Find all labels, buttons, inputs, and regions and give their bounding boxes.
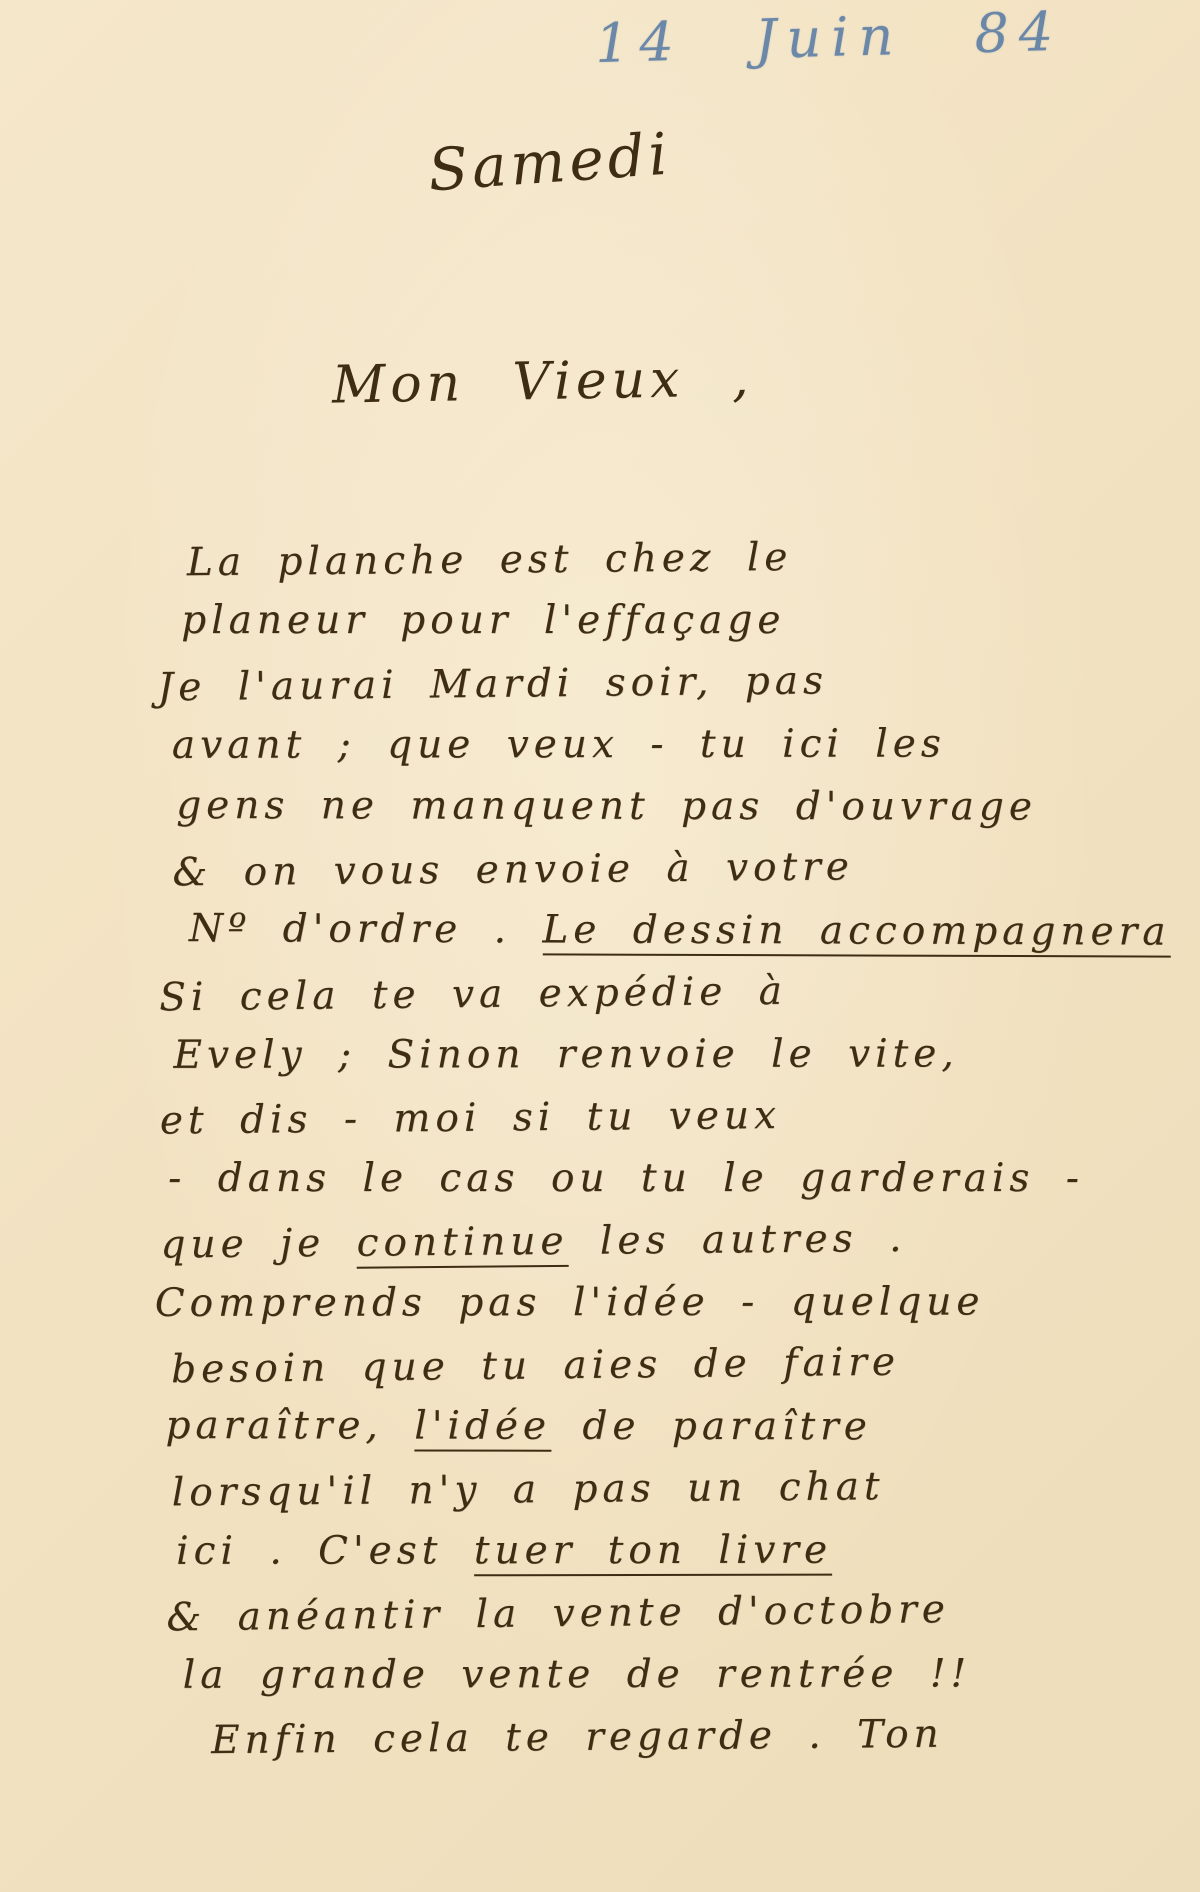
letter-text: & on vous envoie à votre <box>172 844 854 895</box>
letter-line: - dans le cas ou tu le garderais - <box>168 1148 1190 1210</box>
letter-heading: Samedi <box>426 120 673 205</box>
date-annotation: 14 Juin 84 <box>594 0 1064 75</box>
letter-text: gens ne manquent pas d'ouvrage <box>176 783 1037 830</box>
letter-text: lorsqu'il n'y a pas un chat <box>172 1464 885 1515</box>
letter-line: et dis - moi si tu veux <box>160 1081 1191 1152</box>
letter-text: Si cela te va expédie à <box>159 969 787 1021</box>
letter-text: que je <box>160 1221 357 1268</box>
letter-text: paraître, <box>165 1403 414 1448</box>
letter-line: lorsqu'il n'y a pas un chat <box>172 1453 1193 1524</box>
letter-text: planeur pour l'effaçage <box>181 598 785 643</box>
letter-text: & anéantir la vente d'octobre <box>166 1587 950 1640</box>
letter-line: la grande vente de rentrée !! <box>183 1643 1193 1707</box>
letter-line: Enfin cela te regarde . Ton <box>211 1702 1194 1773</box>
letter-line: Comprends pas l'idée - quelque <box>155 1271 1191 1335</box>
underlined-text: Le dessin accompagnera <box>542 907 1170 957</box>
letter-line: planeur pour l'effaçage <box>181 590 1187 652</box>
underlined-text: l'idée <box>414 1403 551 1451</box>
letter-text: besoin que tu aies de faire <box>171 1340 900 1393</box>
letter-salutation: Mon Vieux , <box>332 348 754 415</box>
underlined-text: continue <box>356 1219 568 1269</box>
letter-text: - dans le cas ou tu le garderais - <box>168 1156 1084 1201</box>
letter-line: ici . C'est tuer ton livre <box>176 1519 1192 1583</box>
letter-line: Je l'aurai Mardi soir, pas <box>157 647 1188 720</box>
letter-text: la grande vente de rentrée !! <box>183 1651 971 1697</box>
letter-line: Si cela te va expédie à <box>159 957 1190 1030</box>
letter-line: Nº d'ordre . Le dessin accompagnera <box>189 898 1189 963</box>
letter-line: gens ne manquent pas d'ouvrage <box>176 775 1188 839</box>
letter-text: de paraître <box>551 1404 872 1450</box>
letter-line: & on vous envoie à votre <box>172 834 1189 905</box>
letter-text: Evely ; Sinon renvoie le vite, <box>173 1031 958 1077</box>
letter-line: Evely ; Sinon renvoie le vite, <box>173 1023 1189 1087</box>
letter-text: et dis - moi si tu veux <box>160 1093 782 1143</box>
letter-line: que je continue les autres . <box>160 1205 1191 1276</box>
letter-body: La planche est chez leplaneur pour l'eff… <box>147 525 1193 1770</box>
letter-text: Je l'aurai Mardi soir, pas <box>157 658 828 710</box>
letter-text: Nº d'ordre . <box>189 906 543 952</box>
letter-text: les autres . <box>568 1216 906 1264</box>
letter-text: avant ; que veux - tu ici les <box>172 721 946 767</box>
letter-text: La planche est chez le <box>187 535 793 585</box>
letter-line: & anéantir la vente d'octobre <box>166 1577 1193 1650</box>
letter-line: La planche est chez le <box>187 524 1188 595</box>
letter-page: 14 Juin 84 Samedi Mon Vieux , La planche… <box>0 0 1200 1892</box>
letter-text: Comprends pas l'idée - quelque <box>155 1279 985 1325</box>
letter-text: Enfin cela te regarde . Ton <box>211 1712 944 1763</box>
letter-text: ici . C'est <box>176 1528 474 1574</box>
letter-line: paraître, l'idée de paraître <box>165 1395 1191 1459</box>
letter-line: avant ; que veux - tu ici les <box>172 713 1188 777</box>
underlined-text: tuer ton livre <box>474 1528 832 1577</box>
letter-line: besoin que tu aies de faire <box>171 1329 1192 1402</box>
